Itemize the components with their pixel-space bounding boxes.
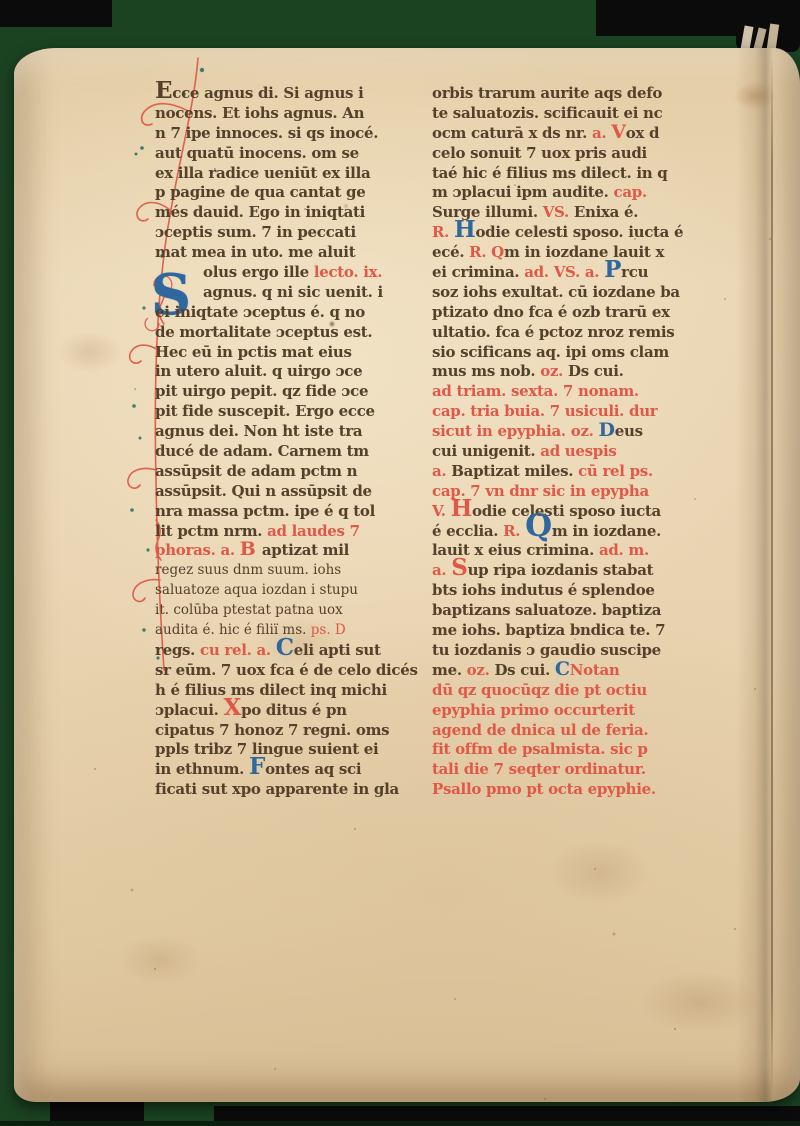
text-segment: ocm caturā x ds nr. <box>432 124 592 142</box>
initial-letter: Q <box>525 508 552 544</box>
text-line: nra massa pctm. ipe é q tol <box>155 502 431 522</box>
text-segment: mus ms nob. <box>432 362 540 380</box>
text-line: n 7 ipe innoces. si qs inocé. <box>155 124 431 144</box>
text-segment: h é filius ms dilect inq michi <box>155 681 387 699</box>
text-segment: in utero aluit. q uirgo ɔce <box>155 362 362 380</box>
text-segment: assūpsit de adam pctm n <box>155 462 357 480</box>
text-segment: n 7 ipe innoces. si qs inocé. <box>155 124 378 142</box>
text-line: Hec eū in pctis mat eius <box>155 343 431 363</box>
text-line: a. Sup ripa iozdanis stabat <box>432 561 720 581</box>
text-segment: Enixa é. <box>574 203 638 221</box>
initial-letter: D <box>599 419 615 441</box>
text-line: é ecclia. R. Qm in iozdane. <box>432 522 720 542</box>
rubric-segment: a. <box>432 561 451 579</box>
text-line: te saluatozis. scificauit ei nc <box>432 104 720 124</box>
text-line: R. Hodie celesti sposo. iucta é <box>432 223 720 243</box>
text-segment: ontes aq sci <box>265 760 361 778</box>
rubric-segment: fit offm de psalmista. sic p <box>432 740 648 758</box>
text-line: mat mea in uto. me aluit <box>155 243 431 263</box>
text-segment: ɔplacui. <box>155 701 224 719</box>
text-line: ppls tribz 7 lingue suient ei <box>155 740 431 760</box>
rubric-segment: R. Q <box>469 243 504 261</box>
text-line: agnus. q ni sic uenit. i <box>155 283 431 303</box>
text-segment: Hec eū in pctis mat eius <box>155 343 352 361</box>
text-segment: cipatus 7 honoz 7 regni. oms <box>155 721 389 739</box>
rubric-segment: tali die 7 seqter ordinatur. <box>432 760 646 778</box>
text-line: bts iohs indutus é splendoe <box>432 581 720 601</box>
rubric-segment: Notan <box>570 661 620 679</box>
rubric-segment: sicut in epyphia. oz. <box>432 422 599 440</box>
text-segment: p pagine de qua cantat ge <box>155 183 365 201</box>
initial-letter: V <box>611 121 625 143</box>
text-line: taé hic é filius ms dilect. in q <box>432 164 720 184</box>
text-line: baptizans saluatoze. baptiza <box>432 601 720 621</box>
text-segment: olus ergo ille <box>203 263 314 281</box>
text-line: ei crimina. ad. VS. a. Prcu <box>432 263 720 283</box>
text-segment: aut quatū inocens. om se <box>155 144 359 162</box>
text-line: dū qz quocūqz die pt octiu <box>432 681 720 701</box>
text-line: sio scificans aq. ipi oms clam <box>432 343 720 363</box>
text-segment: saluatoze aqua iozdan i stupu <box>155 582 358 598</box>
text-segment: Surge illumi. <box>432 203 543 221</box>
initial-letter: C <box>276 634 294 661</box>
text-line: sr eūm. 7 uox fca é de celo dicés <box>155 661 431 681</box>
text-line: lauit x eius crimina. ad. m. <box>432 541 720 561</box>
text-line: cipatus 7 honoz 7 regni. oms <box>155 721 431 741</box>
text-segment: lit pctm nrm. <box>155 522 267 540</box>
rubric-segment: dū qz quocūqz die pt octiu <box>432 681 647 699</box>
initial-letter: S <box>451 554 467 581</box>
text-line: regs. cu rel. a. Celi apti sut <box>155 641 431 661</box>
text-line: olus ergo ille lecto. ix. <box>155 263 431 283</box>
text-segment: up ripa iozdanis stabat <box>468 561 654 579</box>
text-line: soz iohs exultat. cū iozdane ba <box>432 283 720 303</box>
text-line: V. Hodie celesti sposo iucta <box>432 502 720 522</box>
text-segment: Baptizat miles. <box>451 462 578 480</box>
text-segment: ppls tribz 7 lingue suient ei <box>155 740 378 758</box>
text-line: pit uirgo pepit. qz fide ɔce <box>155 382 431 402</box>
text-line: ecé. R. Qm in iozdane lauit x <box>432 243 720 263</box>
text-segment: bts iohs indutus é splendoe <box>432 581 655 599</box>
text-segment: ei iniqtate ɔceptus é. q no <box>155 303 365 321</box>
text-line: ptizato dno fca é ozb trarū ex <box>432 303 720 323</box>
text-segment: m in iozdane. <box>552 522 661 540</box>
text-segment: baptizans saluatoze. baptiza <box>432 601 661 619</box>
text-segment: me. <box>432 661 467 679</box>
text-line: ex illa radice ueniūt ex illa <box>155 164 431 184</box>
text-segment: odie celesti sposo. iucta é <box>475 223 683 241</box>
text-segment: aptizat mil <box>262 541 349 559</box>
text-line: mus ms nob. oz. Ds cui. <box>432 362 720 382</box>
text-line: ultatio. fca é pctoz nroz remis <box>432 323 720 343</box>
text-line: assūpsit de adam pctm n <box>155 462 431 482</box>
text-segment: Ds cui. <box>568 362 624 380</box>
text-segment: te saluatozis. scificauit ei nc <box>432 104 662 122</box>
text-line: agend de dnica ul de feria. <box>432 721 720 741</box>
text-line: regez suus dnm suum. iohs <box>155 561 431 581</box>
text-segment: regs. <box>155 641 200 659</box>
rubric-segment: phoras. a. <box>155 541 240 559</box>
text-line: sicut in epyphia. oz. Deus <box>432 422 720 442</box>
text-line: cap. tria buia. 7 usiculi. dur <box>432 402 720 422</box>
backdrop-shadow-bottom-strip <box>0 1121 800 1126</box>
text-line: tali die 7 seqter ordinatur. <box>432 760 720 780</box>
text-segment: nra massa pctm. ipe é q tol <box>155 502 375 520</box>
text-segment: taé hic é filius ms dilect. in q <box>432 164 667 182</box>
rubric-segment: oz. <box>467 661 495 679</box>
text-line: celo sonuit 7 uox pris audi <box>432 144 720 164</box>
text-segment: me iohs. baptiza bndica te. 7 <box>432 621 665 639</box>
rubric-segment: VS. <box>543 203 574 221</box>
text-segment: ei crimina. <box>432 263 524 281</box>
initial-letter: E <box>155 77 172 104</box>
text-segment: més dauid. Ego in iniqtati <box>155 203 365 221</box>
text-line: cui unigenit. ad uespis <box>432 442 720 462</box>
text-segment: soz iohs exultat. cū iozdane ba <box>432 283 680 301</box>
text-segment: sio scificans aq. ipi oms clam <box>432 343 669 361</box>
text-segment: Ds cui. <box>494 661 554 679</box>
text-segment: assūpsit. Qui n assūpsit de <box>155 482 372 500</box>
text-line: orbis trarum aurite aqs defo <box>432 84 720 104</box>
text-line: nocens. Et iohs agnus. An <box>155 104 431 124</box>
text-line: fit offm de psalmista. sic p <box>432 740 720 760</box>
text-line: saluatoze aqua iozdan i stupu <box>155 581 431 601</box>
text-line: aut quatū inocens. om se <box>155 144 431 164</box>
initial-letter: H <box>451 495 472 522</box>
text-line: h é filius ms dilect inq michi <box>155 681 431 701</box>
text-segment: ox d <box>626 124 659 142</box>
text-segment: po ditus é pn <box>241 701 347 719</box>
text-segment: tu iozdanis ɔ gaudio suscipe <box>432 641 661 659</box>
initial-letter: B <box>240 538 262 560</box>
rubric-segment: ad. VS. a. <box>524 263 604 281</box>
text-segment: regez suus dnm suum. iohs <box>155 562 341 578</box>
rubric-segment: R. <box>503 522 525 540</box>
text-line: lit pctm nrm. ad laudes 7 <box>155 522 431 542</box>
text-segment: ptizato dno fca é ozb trarū ex <box>432 303 670 321</box>
rubric-segment: a. <box>592 124 611 142</box>
rubric-segment: ad laudes 7 <box>267 522 360 540</box>
text-line: cap. 7 vn dnr sic in epypha <box>432 482 720 502</box>
rubric-segment: ps. D <box>311 622 346 638</box>
initial-letter: P <box>604 256 621 283</box>
text-line: ɔplacui. Xpo ditus é pn <box>155 701 431 721</box>
rubric-segment: ad triam. sexta. 7 nonam. <box>432 382 639 400</box>
rubric-segment: R. <box>432 223 454 241</box>
text-column-right: orbis trarum aurite aqs defote saluatozi… <box>432 84 720 800</box>
text-segment: agnus. q ni sic uenit. i <box>203 283 383 301</box>
text-segment: it. colūba ptestat patna uox <box>155 602 343 618</box>
text-segment: de mortalitate ɔceptus est. <box>155 323 372 341</box>
text-line: assūpsit. Qui n assūpsit de <box>155 482 431 502</box>
gutter-fold-shading <box>736 48 800 1102</box>
gutter-fold-line <box>771 58 773 1091</box>
text-segment: agnus dei. Non ht iste tra <box>155 422 362 440</box>
text-line: ficati sut xpo apparente in gla <box>155 780 431 800</box>
rubric-segment: cu rel. a. <box>200 641 276 659</box>
text-segment: ficati sut xpo apparente in gla <box>155 780 399 798</box>
text-segment: é ecclia. <box>432 522 503 540</box>
text-segment: rcu <box>621 263 648 281</box>
text-segment: ultatio. fca é pctoz nroz remis <box>432 323 674 341</box>
text-line: me iohs. baptiza bndica te. 7 <box>432 621 720 641</box>
initial-letter: H <box>454 216 475 243</box>
text-segment: m in iozdane lauit x <box>504 243 664 261</box>
text-segment: cce agnus di. Si agnus i <box>172 84 363 102</box>
rubric-segment: V. <box>432 502 451 520</box>
text-line: in ethnum. Fontes aq sci <box>155 760 431 780</box>
text-column-left: Ecce agnus di. Si agnus inocens. Et iohs… <box>155 84 431 800</box>
text-line: ad triam. sexta. 7 nonam. <box>432 382 720 402</box>
text-line: phoras. a. B aptizat mil <box>155 541 431 561</box>
rubric-segment: a. <box>432 462 451 480</box>
rubric-segment: ad uespis <box>540 442 616 460</box>
backdrop-shadow-top-left <box>0 0 112 27</box>
text-segment: pit uirgo pepit. qz fide ɔce <box>155 382 368 400</box>
text-segment: ex illa radice ueniūt ex illa <box>155 164 370 182</box>
text-line: ɔceptis sum. 7 in peccati <box>155 223 431 243</box>
text-segment: nocens. Et iohs agnus. An <box>155 104 364 122</box>
text-segment: sr eūm. 7 uox fca é de celo dicés <box>155 661 418 679</box>
initial-letter: F <box>249 753 265 780</box>
text-line: in utero aluit. q uirgo ɔce <box>155 362 431 382</box>
rubric-segment: oz. <box>540 362 568 380</box>
text-line: p pagine de qua cantat ge <box>155 183 431 203</box>
text-segment: m ɔplacui ipm audite. <box>432 183 614 201</box>
rubric-segment: lecto. ix. <box>314 263 382 281</box>
text-line: it. colūba ptestat patna uox <box>155 601 431 621</box>
rubric-segment: cap. <box>614 183 647 201</box>
initial-letter: C <box>555 658 570 680</box>
text-line: ducé de adam. Carnem tm <box>155 442 431 462</box>
text-segment: eli apti sut <box>294 641 381 659</box>
text-segment: in ethnum. <box>155 760 249 778</box>
text-segment: orbis trarum aurite aqs defo <box>432 84 662 102</box>
text-segment: ducé de adam. Carnem tm <box>155 442 369 460</box>
text-segment: cui unigenit. <box>432 442 540 460</box>
text-line: m ɔplacui ipm audite. cap. <box>432 183 720 203</box>
rubric-segment: epyphia primo occurterit <box>432 701 635 719</box>
text-segment: eus <box>615 422 643 440</box>
text-line: més dauid. Ego in iniqtati <box>155 203 431 223</box>
text-line: me. oz. Ds cui. CNotan <box>432 661 720 681</box>
text-segment: celo sonuit 7 uox pris audi <box>432 144 647 162</box>
text-line: ei iniqtate ɔceptus é. q no <box>155 303 431 323</box>
text-line: tu iozdanis ɔ gaudio suscipe <box>432 641 720 661</box>
text-line: pit fide suscepit. Ergo ecce <box>155 402 431 422</box>
text-line: epyphia primo occurterit <box>432 701 720 721</box>
text-line: Ecce agnus di. Si agnus i <box>155 84 431 104</box>
text-segment: mat mea in uto. me aluit <box>155 243 355 261</box>
text-line: ocm caturā x ds nr. a. Vox d <box>432 124 720 144</box>
text-segment: pit fide suscepit. Ergo ecce <box>155 402 375 420</box>
text-line: Psallo pmo pt octa epyphie. <box>432 780 720 800</box>
text-line: de mortalitate ɔceptus est. <box>155 323 431 343</box>
text-line: a. Baptizat miles. cū rel ps. <box>432 462 720 482</box>
rubric-segment: ad. m. <box>599 541 649 559</box>
text-line: agnus dei. Non ht iste tra <box>155 422 431 442</box>
initial-letter: X <box>224 694 242 721</box>
rubric-segment: agend de dnica ul de feria. <box>432 721 648 739</box>
rubric-segment: cū rel ps. <box>578 462 653 480</box>
manuscript-page: S Ecce agnus di. Si agnus inocens. Et io… <box>14 48 800 1102</box>
rubric-segment: cap. tria buia. 7 usiculi. dur <box>432 402 657 420</box>
text-segment: odie celesti sposo iucta <box>472 502 661 520</box>
rubric-segment: Psallo pmo pt octa epyphie. <box>432 780 656 798</box>
text-segment: ecé. <box>432 243 469 261</box>
text-segment: ɔceptis sum. 7 in peccati <box>155 223 356 241</box>
